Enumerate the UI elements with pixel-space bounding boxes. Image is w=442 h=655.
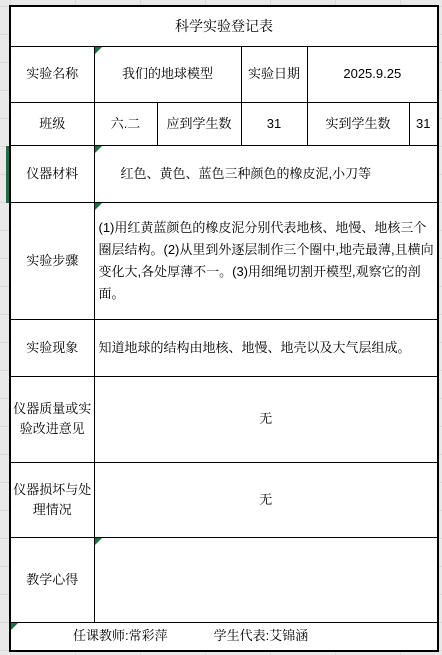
teacher-name: 常彩萍 [129, 628, 168, 643]
teacher-label: 任课教师: [73, 628, 129, 643]
student-rep-signature: 学生代表:艾锦涵 [214, 626, 309, 646]
teaching-notes-label-cell[interactable]: 教学心得 [10, 537, 94, 622]
phenomenon-label-cell[interactable]: 实验现象 [10, 319, 94, 376]
materials-value-cell[interactable]: 红色、黄色、蓝色三种颜色的橡皮泥,小刀等 [94, 145, 438, 202]
actual-students-label: 实到学生数 [325, 116, 390, 131]
quality-feedback-label: 仪器质量或实验改进意见 [13, 401, 91, 436]
experiment-name-label-cell[interactable]: 实验名称 [10, 46, 94, 102]
class-value: 六.二 [111, 116, 141, 131]
spreadsheet-canvas: 科学实验登记表 实验名称 我们的地球模型 实验日期 2025.9.25 班级 [0, 0, 442, 655]
form-title: 科学实验登记表 [175, 18, 273, 34]
class-label: 班级 [39, 116, 65, 131]
expected-students-label: 应到学生数 [166, 116, 231, 131]
steps-value-cell[interactable]: (1)用红黄蓝颜色的橡皮泥分别代表地核、地慢、地核三个圈层结构。(2)从里到外逐… [94, 202, 438, 319]
actual-students-value: 31 [416, 116, 430, 131]
footer-signatures: 任课教师:常彩萍 学生代表:艾锦涵 [73, 626, 434, 646]
experiment-date: 2025.9.25 [343, 66, 401, 81]
experiment-log-table: 科学实验登记表 实验名称 我们的地球模型 实验日期 2025.9.25 班级 [9, 5, 439, 652]
materials-label-cell[interactable]: 仪器材料 [10, 145, 94, 202]
teaching-notes-label: 教学心得 [26, 572, 78, 587]
experiment-name: 我们的地球模型 [122, 66, 213, 81]
cell-error-triangle-icon [95, 146, 102, 153]
steps-label-cell[interactable]: 实验步骤 [10, 202, 94, 319]
quality-feedback-label-cell[interactable]: 仪器质量或实验改进意见 [10, 376, 94, 462]
materials-value: 红色、黄色、蓝色三种颜色的橡皮泥,小刀等 [121, 166, 372, 181]
experiment-date-label-cell[interactable]: 实验日期 [241, 46, 307, 102]
selection-border [6, 146, 9, 203]
cell-error-triangle-icon [11, 623, 18, 630]
damage-report-value: 无 [259, 492, 272, 507]
materials-label: 仪器材料 [26, 166, 78, 181]
damage-report-label-cell[interactable]: 仪器损坏与处理情况 [10, 462, 94, 537]
expected-students-value: 31 [267, 116, 281, 131]
expected-students-value-cell[interactable]: 31 [241, 102, 307, 145]
steps-value: (1)用红黄蓝颜色的橡皮泥分别代表地核、地慢、地核三个圈层结构。(2)从里到外逐… [99, 220, 434, 301]
actual-students-value-cell[interactable]: 31 [409, 102, 438, 145]
teacher-signature: 任课教师:常彩萍 [73, 626, 168, 646]
experiment-name-cell[interactable]: 我们的地球模型 [94, 46, 241, 102]
student-rep-label: 学生代表: [214, 628, 270, 643]
phenomenon-value: 知道地球的结构由地核、地慢、地壳以及大气层组成。 [99, 340, 411, 355]
phenomenon-label: 实验现象 [26, 340, 78, 355]
form-title-cell[interactable]: 科学实验登记表 [10, 6, 438, 46]
cell-error-triangle-icon [95, 203, 102, 210]
footer-cell[interactable]: 任课教师:常彩萍 学生代表:艾锦涵 [10, 622, 438, 651]
experiment-date-cell[interactable]: 2025.9.25 [307, 46, 438, 102]
steps-label: 实验步骤 [26, 253, 78, 268]
cell-error-triangle-icon [95, 538, 102, 545]
teaching-notes-value-cell[interactable] [94, 537, 438, 622]
experiment-name-label: 实验名称 [26, 66, 78, 81]
actual-students-label-cell[interactable]: 实到学生数 [307, 102, 409, 145]
class-value-cell[interactable]: 六.二 [94, 102, 157, 145]
quality-feedback-value-cell[interactable]: 无 [94, 376, 438, 462]
class-label-cell[interactable]: 班级 [10, 102, 94, 145]
experiment-date-label: 实验日期 [248, 66, 300, 81]
expected-students-label-cell[interactable]: 应到学生数 [157, 102, 241, 145]
student-rep-name: 艾锦涵 [269, 628, 308, 643]
damage-report-value-cell[interactable]: 无 [94, 462, 438, 537]
quality-feedback-value: 无 [259, 411, 272, 426]
cell-error-triangle-icon [95, 47, 102, 54]
damage-report-label: 仪器损坏与处理情况 [13, 482, 91, 517]
phenomenon-value-cell[interactable]: 知道地球的结构由地核、地慢、地壳以及大气层组成。 [94, 319, 438, 376]
